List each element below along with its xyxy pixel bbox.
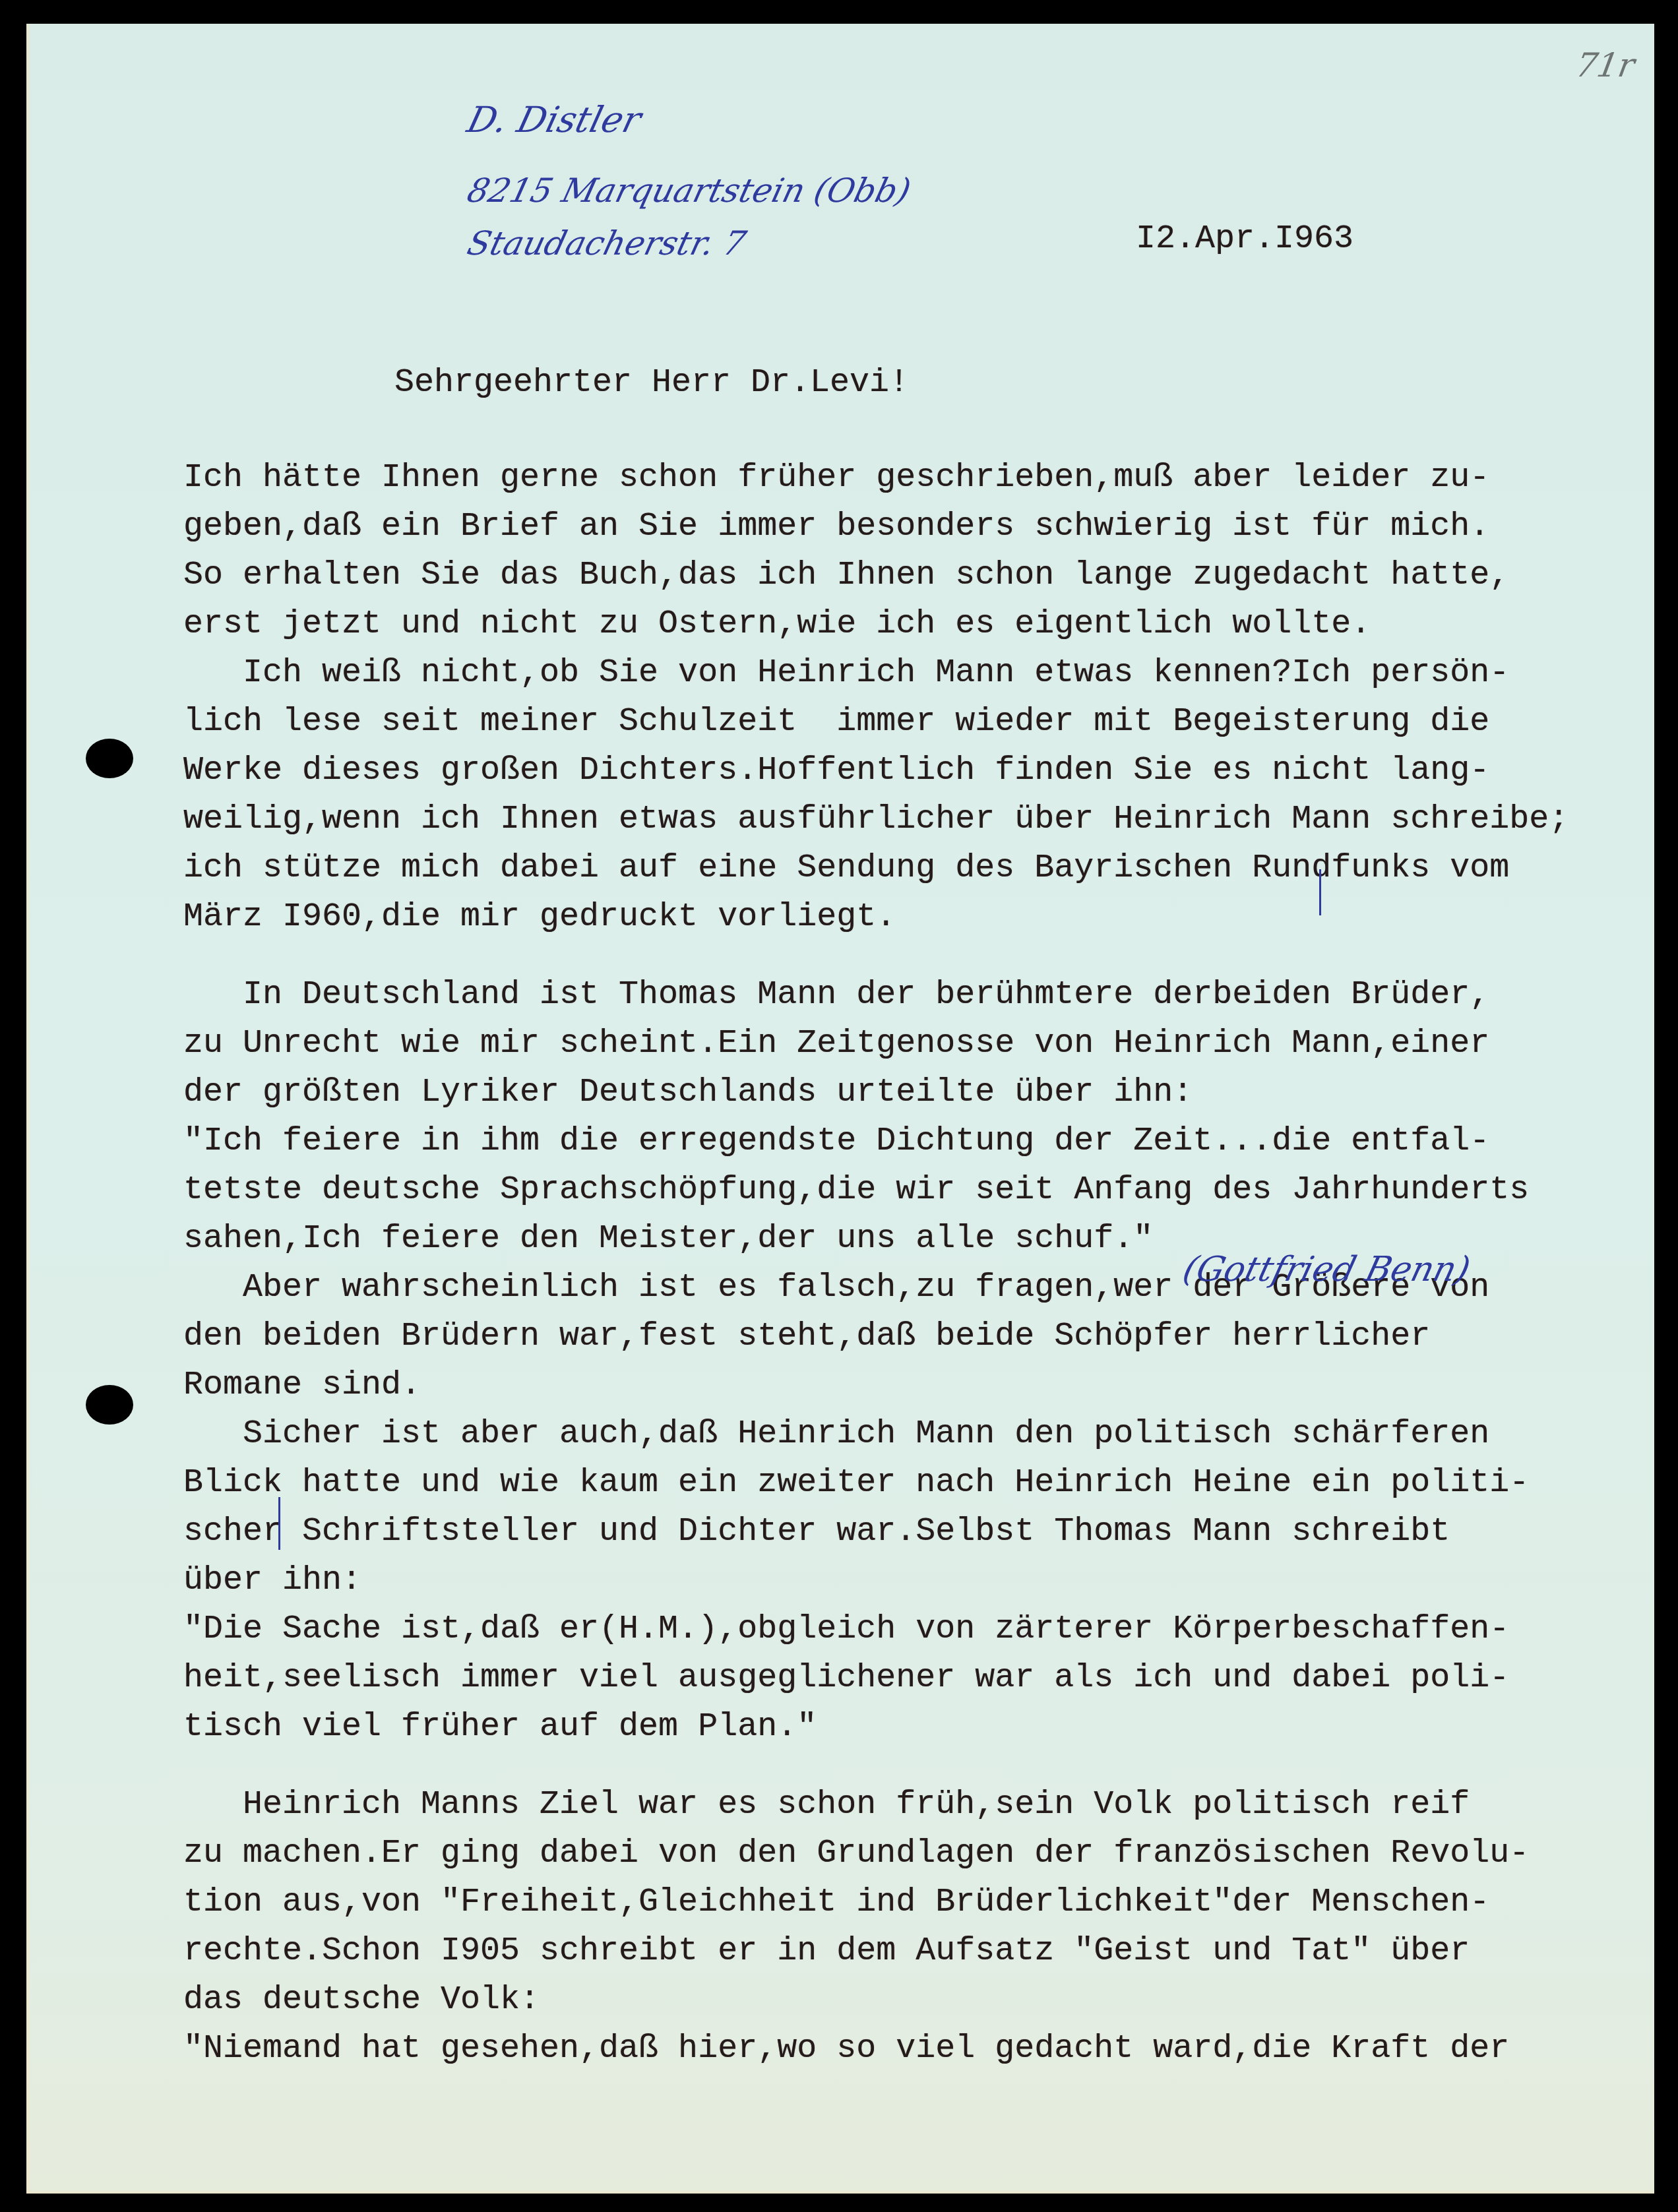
text-line: den beiden Brüdern war,fest steht,daß be…: [183, 1312, 1569, 1361]
text-line: ich stütze mich dabei auf eine Sendung d…: [183, 844, 1569, 893]
text-line: tisch viel früher auf dem Plan.": [183, 1703, 1569, 1752]
text-line: So erhalten Sie das Buch,das ich Ihnen s…: [183, 551, 1569, 600]
text-line: Ich weiß nicht,ob Sie von Heinrich Mann …: [183, 649, 1569, 698]
text-line: "Die Sache ist,daß er(H.M.),obgleich von…: [183, 1605, 1569, 1654]
salutation: Sehrgeehrter Herr Dr.Levi!: [394, 359, 909, 408]
text-line: tetste deutsche Sprachschöpfung,die wir …: [183, 1166, 1569, 1215]
punch-hole-top: [86, 739, 133, 778]
text-line: lich lese seit meiner Schulzeit immer wi…: [183, 698, 1569, 747]
paragraph-gap: [183, 1752, 1569, 1781]
edit-mark-separator: [1319, 869, 1321, 915]
text-line: rechte.Schon I905 schreibt er in dem Auf…: [183, 1927, 1569, 1976]
text-line: zu Unrecht wie mir scheint.Ein Zeitgenos…: [183, 1020, 1569, 1068]
text-line: scher Schriftsteller und Dichter war.Sel…: [183, 1508, 1569, 1556]
text-line: Sicher ist aber auch,daß Heinrich Mann d…: [183, 1410, 1569, 1459]
text-line: Blick hatte und wie kaum ein zweiter nac…: [183, 1459, 1569, 1508]
paragraph-gap: [183, 942, 1569, 971]
sender-name: D. Distler: [463, 99, 645, 140]
text-line: Romane sind.: [183, 1361, 1569, 1410]
text-line: Heinrich Manns Ziel war es schon früh,se…: [183, 1781, 1569, 1829]
handwritten-annotation: (Gottfried Benn): [1179, 1250, 1474, 1289]
text-line: In Deutschland ist Thomas Mann der berüh…: [183, 971, 1569, 1020]
text-line: Werke dieses großen Dichters.Hoffentlich…: [183, 747, 1569, 795]
text-line: "Ich feiere in ihm die erregendste Dicht…: [183, 1117, 1569, 1166]
text-line: über ihn:: [183, 1556, 1569, 1605]
punch-hole-bottom: [86, 1385, 133, 1425]
sender-city: 8215 Marquartstein (Obb): [464, 171, 915, 210]
text-line: heit,seelisch immer viel ausgeglichener …: [183, 1654, 1569, 1703]
text-line: der größten Lyriker Deutschlands urteilt…: [183, 1068, 1569, 1117]
text-line: März I960,die mir gedruckt vorliegt.: [183, 893, 1569, 942]
text-line: zu machen.Er ging dabei von den Grundlag…: [183, 1829, 1569, 1878]
edit-mark-separator: [278, 1497, 280, 1550]
text-line: "Niemand hat gesehen,daß hier,wo so viel…: [183, 2025, 1569, 2074]
text-line: erst jetzt und nicht zu Ostern,wie ich e…: [183, 600, 1569, 649]
text-line: weilig,wenn ich Ihnen etwas ausführliche…: [183, 795, 1569, 844]
page-number: 71r: [1573, 46, 1638, 84]
sender-street: Staudacherstr. 7: [464, 224, 750, 262]
text-line: geben,daß ein Brief an Sie immer besonde…: [183, 503, 1569, 551]
text-line: tion aus,von "Freiheit,Gleichheit ind Br…: [183, 1878, 1569, 1927]
letter-date: I2.Apr.I963: [1136, 215, 1353, 264]
text-line: das deutsche Volk:: [183, 1976, 1569, 2025]
text-line: Ich hätte Ihnen gerne schon früher gesch…: [183, 454, 1569, 503]
